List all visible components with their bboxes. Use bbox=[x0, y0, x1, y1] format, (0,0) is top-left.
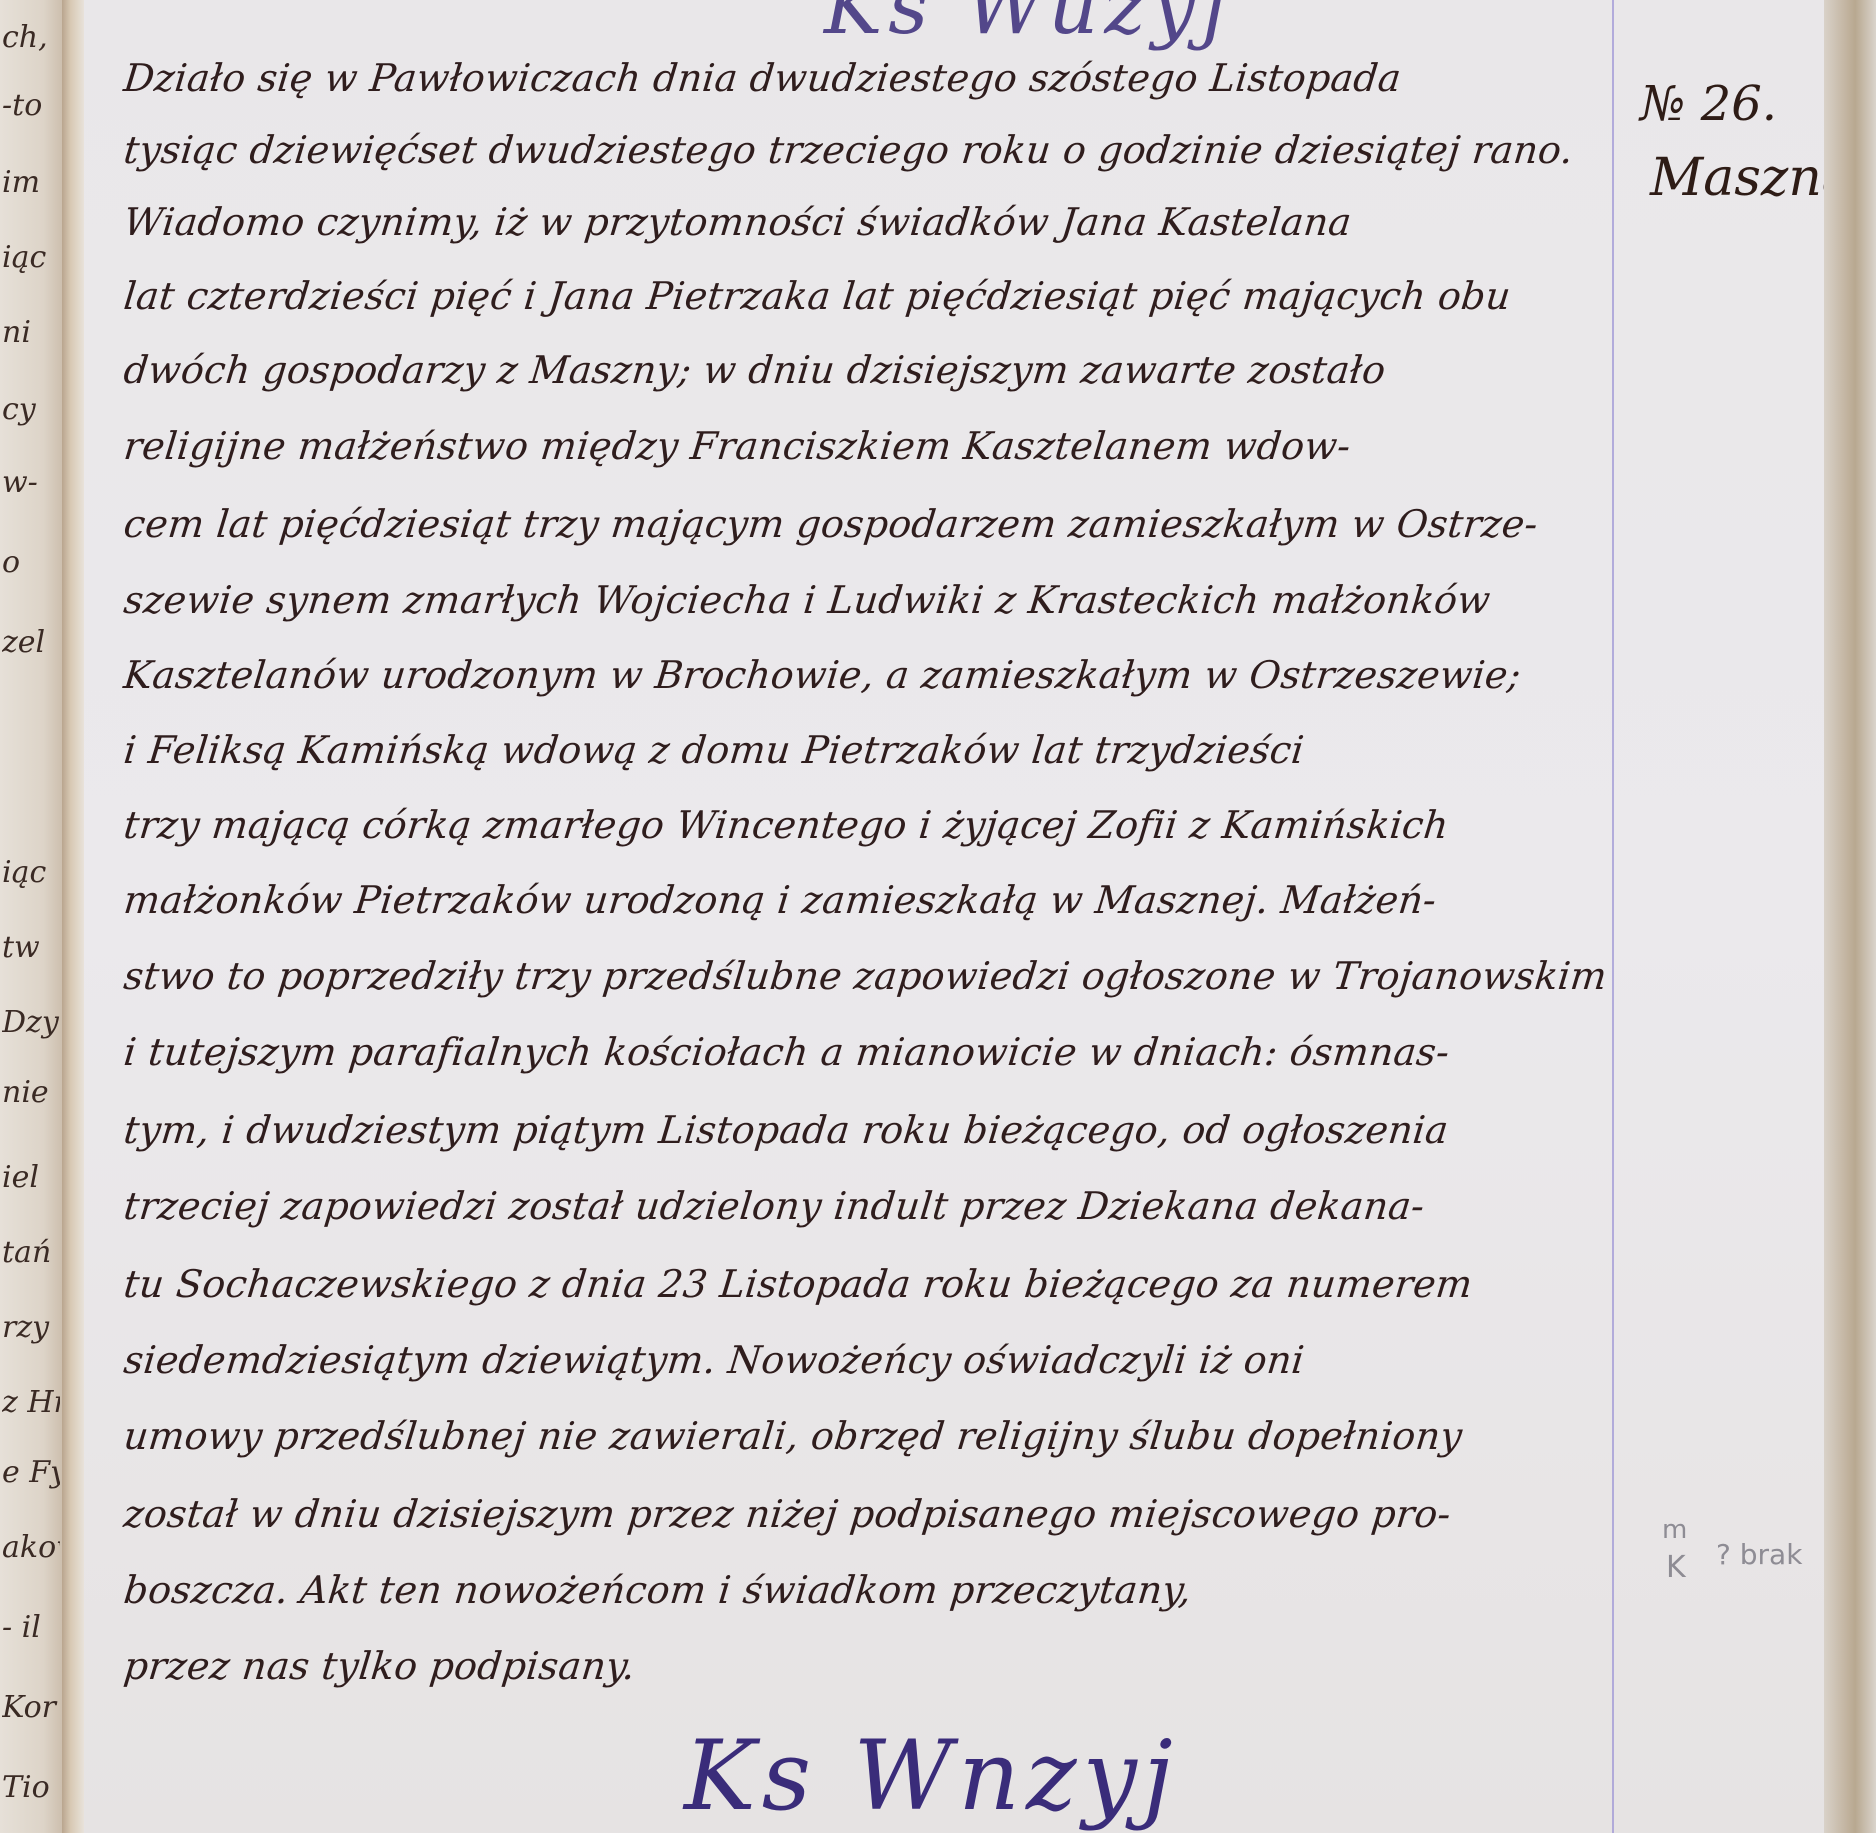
pencil-note-brak: ? brak bbox=[1716, 1538, 1802, 1571]
left-page-fragment: iel bbox=[2, 1160, 60, 1195]
left-page-fragment: iąc bbox=[2, 240, 60, 275]
left-page-fragment: - il bbox=[2, 1610, 60, 1645]
left-page-fragment: -to bbox=[2, 88, 60, 123]
left-page-fragment: ch, bbox=[2, 20, 60, 55]
left-page-fragment: iąc bbox=[2, 855, 60, 890]
record-line: stwo to poprzedziły trzy przedślubne zap… bbox=[121, 946, 1687, 1006]
record-line: Wiadomo czynimy, iż w przytomności świad… bbox=[121, 192, 1687, 252]
record-line: przez nas tylko podpisany. bbox=[121, 1636, 1687, 1696]
record-line: dwóch gospodarzy z Maszny; w dniu dzisie… bbox=[121, 340, 1687, 400]
left-page-fragment: ni bbox=[2, 315, 60, 350]
left-page-fragment: w- bbox=[2, 465, 60, 500]
record-line: i Feliksą Kamińską wdową z domu Pietrzak… bbox=[121, 720, 1687, 780]
left-page-fragment: zel bbox=[2, 625, 60, 660]
record-line: tu Sochaczewskiego z dnia 23 Listopada r… bbox=[121, 1254, 1687, 1314]
left-page-fragment: im bbox=[2, 165, 60, 200]
left-page-fragment: akow bbox=[2, 1530, 60, 1565]
record-line: Kasztelanów urodzonym w Brochowie, a zam… bbox=[121, 645, 1687, 705]
left-page-fragment: tw bbox=[2, 930, 60, 965]
record-line: Działo się w Pawłowiczach dnia dwudziest… bbox=[121, 48, 1687, 108]
right-page-edge bbox=[1824, 0, 1876, 1833]
left-page-fragment: o bbox=[2, 545, 60, 580]
record-line: cem lat pięćdziesiąt trzy mającym gospod… bbox=[121, 494, 1687, 554]
pencil-note-k: K bbox=[1666, 1550, 1686, 1585]
pencil-note-m: m bbox=[1662, 1515, 1687, 1545]
record-line: tym, i dwudziestym piątym Listopada roku… bbox=[121, 1100, 1687, 1160]
left-page-edge: ch, -to im iąc ni cy w- o zel iąc tw Dzy… bbox=[0, 0, 62, 1833]
record-page: Ks Wuzyj Działo się w Pawłowiczach dnia … bbox=[84, 0, 1824, 1833]
record-number: № 26. bbox=[1640, 76, 1777, 132]
record-line: boszcza. Akt ten nowożeńcom i świadkom p… bbox=[121, 1560, 1687, 1620]
margin-rule bbox=[1612, 0, 1614, 1833]
record-line: i tutejszym parafialnych kościołach a mi… bbox=[121, 1022, 1687, 1082]
left-page-fragment: Kor bbox=[2, 1690, 60, 1725]
record-line: religijne małżeństwo między Franciszkiem… bbox=[121, 416, 1687, 476]
record-line: siedemdziesiątym dziewiątym. Nowożeńcy o… bbox=[121, 1330, 1687, 1390]
signature-top: Ks Wuzyj bbox=[824, 0, 1232, 52]
left-page-fragment: cy bbox=[2, 392, 60, 427]
left-page-fragment: e Fy bbox=[2, 1455, 60, 1490]
left-page-fragment: Dzy bbox=[2, 1005, 60, 1040]
record-line: małżonków Pietrzaków urodzoną i zamieszk… bbox=[121, 870, 1687, 930]
record-line: umowy przedślubnej nie zawierali, obrzęd… bbox=[121, 1406, 1687, 1466]
record-line: trzy mającą córką zmarłego Wincentego i … bbox=[121, 795, 1687, 855]
record-line: został w dniu dzisiejszym przez niżej po… bbox=[121, 1484, 1687, 1544]
record-line: tysiąc dziewięćset dwudziestego trzecieg… bbox=[121, 120, 1687, 180]
left-page-fragment: Tio bbox=[2, 1770, 60, 1805]
left-page-fragment: rzy bbox=[2, 1310, 60, 1345]
record-line: trzeciej zapowiedzi został udzielony ind… bbox=[121, 1176, 1687, 1236]
left-page-fragment: nie bbox=[2, 1075, 60, 1110]
record-line: lat czterdzieści pięć i Jana Pietrzaka l… bbox=[121, 266, 1687, 326]
record-line: szewie synem zmarłych Wojciecha i Ludwik… bbox=[121, 570, 1687, 630]
signature-bottom: Ks Wnzyj bbox=[684, 1720, 1179, 1832]
left-page-fragment: z Hr bbox=[2, 1385, 60, 1420]
book-gutter bbox=[62, 0, 84, 1833]
left-page-fragment: tań bbox=[2, 1235, 60, 1270]
